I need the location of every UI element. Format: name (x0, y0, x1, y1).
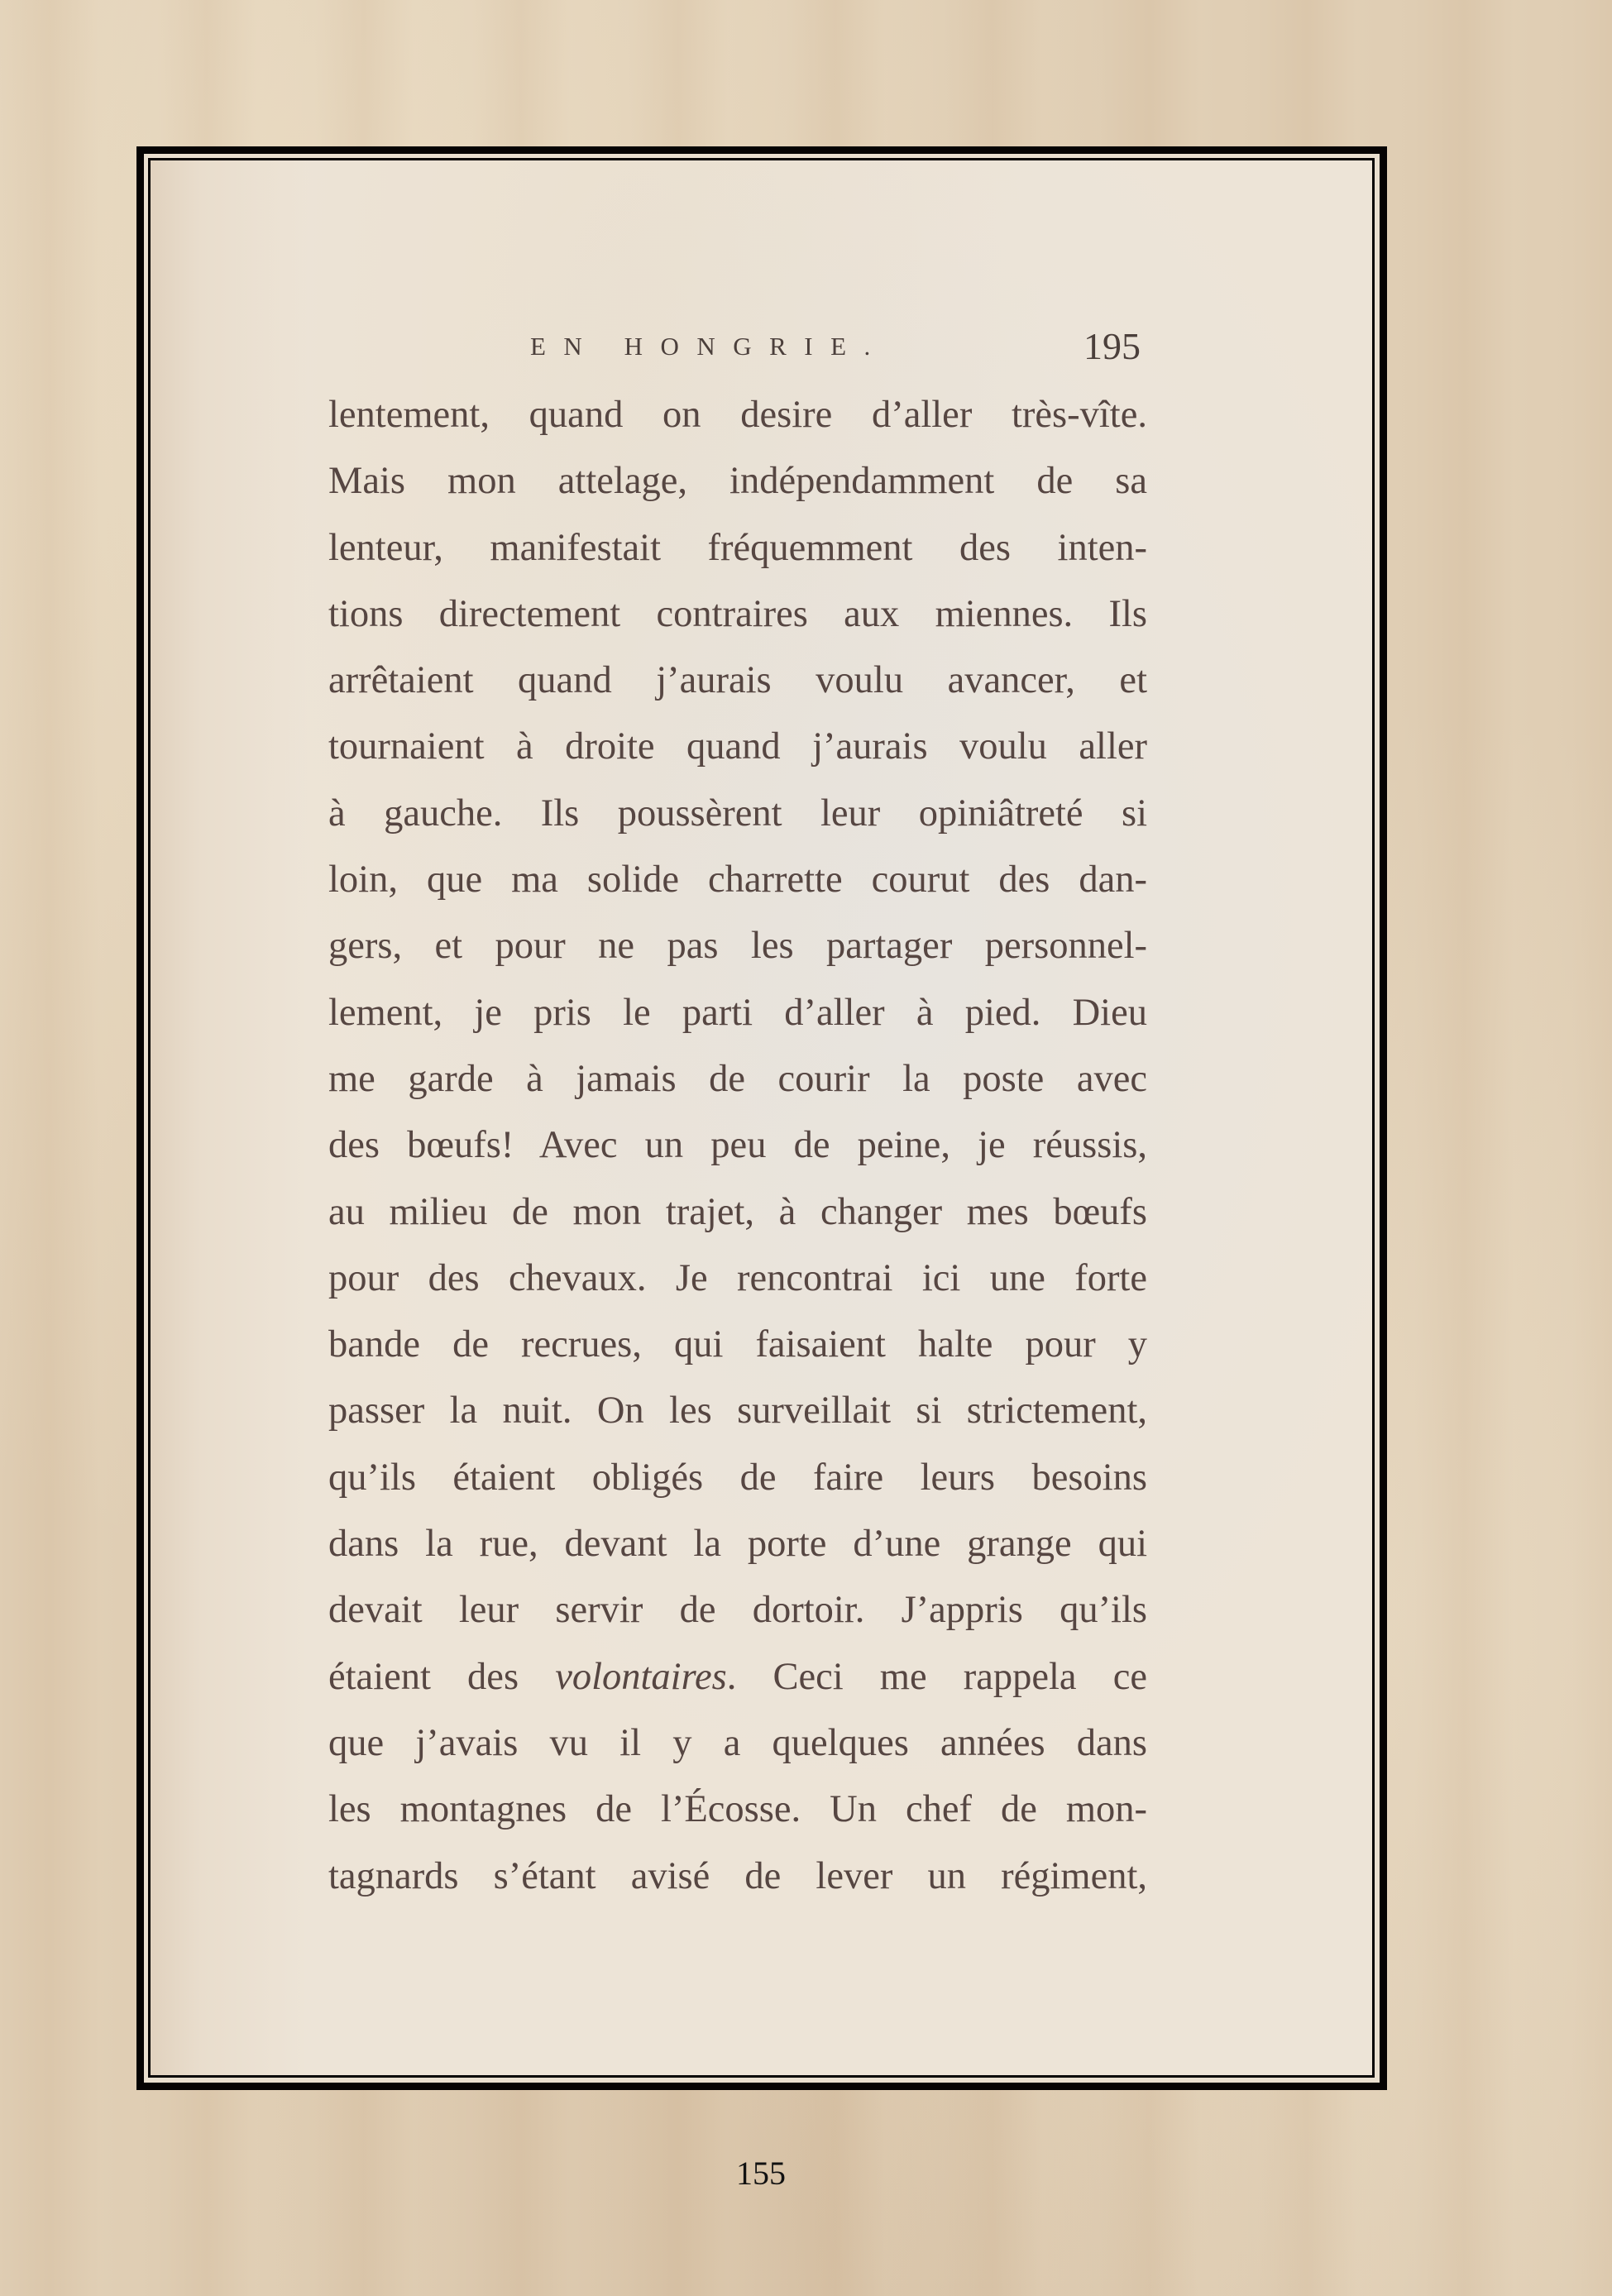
text-line: lement, je pris le parti d’aller à pied.… (328, 980, 1147, 1046)
text-line: lentement, quand on desire d’aller très-… (328, 382, 1147, 448)
text-line: tions directement contraires aux miennes… (328, 581, 1147, 648)
text-line: dans la rue, devant la porte d’une grang… (328, 1511, 1147, 1577)
text-line: que j’avais vu il y a quelques années da… (328, 1710, 1147, 1777)
original-folio-number: 195 (1083, 328, 1141, 366)
text-line: me garde à jamais de courir la poste ave… (328, 1046, 1147, 1112)
text-line: arrêtaient quand j’aurais voulu avancer,… (328, 648, 1147, 714)
text-line: pour des chevaux. Je rencontrai ici une … (328, 1246, 1147, 1312)
text-line: passer la nuit. On les surveillait si st… (328, 1378, 1147, 1444)
text-line: au milieu de mon trajet, à changer mes b… (328, 1179, 1147, 1246)
text-line: les montagnes de l’Écosse. Un chef de mo… (328, 1777, 1147, 1843)
text-line: loin, que ma solide charrette courut des… (328, 847, 1147, 913)
text-line: Mais mon attelage, indépendamment de sa (328, 448, 1147, 514)
text-line: qu’ils étaient obligés de faire leurs be… (328, 1445, 1147, 1511)
text-segment: . Ceci me rappela ce (727, 1656, 1147, 1698)
text-line: à gauche. Ils poussèrent leur opiniâtret… (328, 781, 1147, 847)
text-line: devait leur servir de dortoir. J’appris … (328, 1577, 1147, 1643)
text-segment: étaient des (328, 1656, 555, 1698)
running-head: EN HONGRIE. (530, 333, 888, 359)
italic-word: volontaires (555, 1656, 727, 1698)
text-line: bande de recrues, qui faisaient halte po… (328, 1312, 1147, 1378)
text-line: des bœufs! Avec un peu de peine, je réus… (328, 1112, 1147, 1179)
scanned-page-text: lentement, quand on desire d’aller très-… (328, 382, 1147, 1910)
text-line: tagnards s’étant avisé de lever un régim… (328, 1844, 1147, 1910)
text-line: tournaient à droite quand j’aurais voulu… (328, 714, 1147, 780)
text-line: lenteur, manifestait fréquemment des int… (328, 515, 1147, 581)
text-line: gers, et pour ne pas les partager person… (328, 913, 1147, 979)
page-number: 155 (720, 2157, 802, 2190)
text-line-with-italic: étaient des volontaires. Ceci me rappela… (328, 1644, 1147, 1710)
